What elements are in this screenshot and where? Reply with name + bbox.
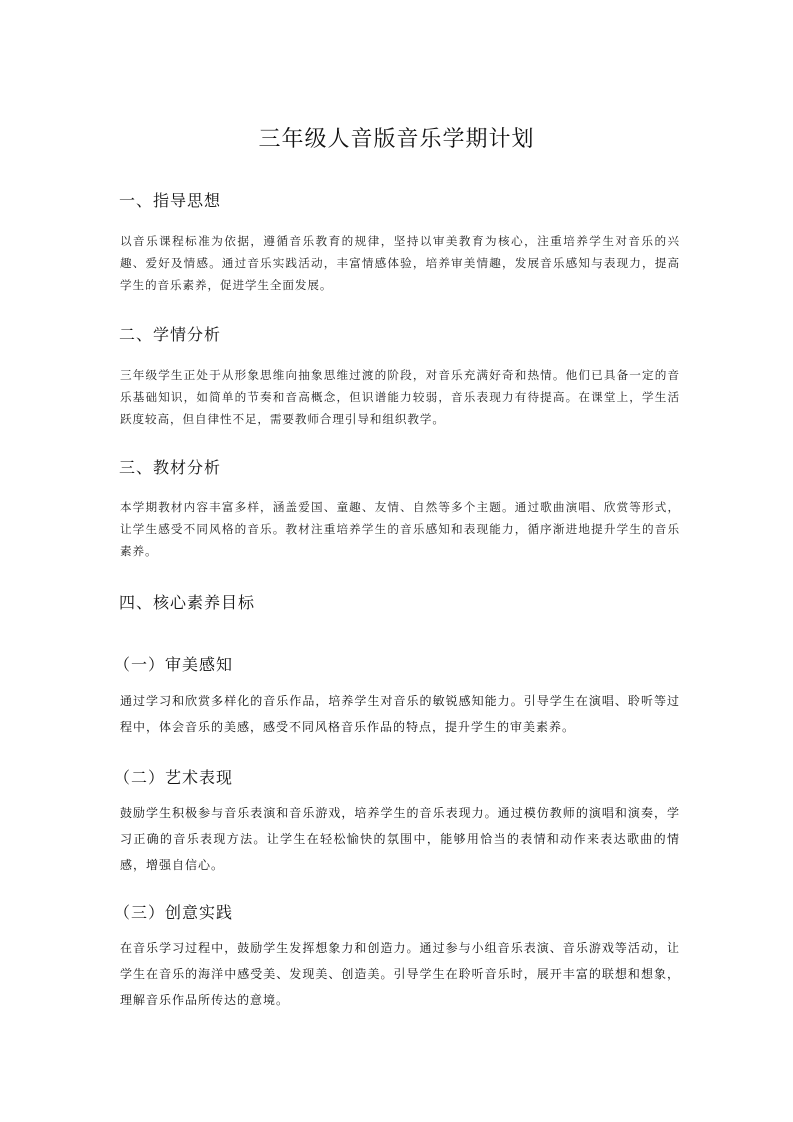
subsection-paragraph-aesthetic-perception: 通过学习和欣赏多样化的音乐作品，培养学生对音乐的敏锐感知能力。引导学生在演唱、聆… bbox=[120, 688, 680, 740]
document-page: 三年级人音版音乐学期计划 一、指导思想 以音乐课程标准为依据，遵循音乐教育的规律… bbox=[0, 0, 793, 1122]
section-heading-textbook-analysis: 三、教材分析 bbox=[119, 455, 221, 478]
section-heading-core-literacy-goals: 四、核心素养目标 bbox=[119, 590, 255, 613]
document-title: 三年级人音版音乐学期计划 bbox=[0, 122, 793, 153]
section-heading-student-analysis: 二、学情分析 bbox=[119, 322, 221, 345]
section-paragraph-guiding-ideology: 以音乐课程标准为依据，遵循音乐教育的规律，坚持以审美教育为核心，注重培养学生对音… bbox=[120, 230, 680, 296]
subsection-heading-artistic-expression: （二）艺术表现 bbox=[114, 765, 233, 788]
subsection-heading-aesthetic-perception: （一）审美感知 bbox=[114, 652, 233, 675]
subsection-paragraph-creative-practice: 在音乐学习过程中，鼓励学生发挥想象力和创造力。通过参与小组音乐表演、音乐游戏等活… bbox=[120, 935, 680, 1013]
section-paragraph-textbook-analysis: 本学期教材内容丰富多样，涵盖爱国、童趣、友情、自然等多个主题。通过歌曲演唱、欣赏… bbox=[120, 496, 680, 562]
subsection-paragraph-artistic-expression: 鼓励学生积极参与音乐表演和音乐游戏，培养学生的音乐表现力。通过模仿教师的演唱和演… bbox=[120, 800, 680, 878]
section-paragraph-student-analysis: 三年级学生正处于从形象思维向抽象思维过渡的阶段，对音乐充满好奇和热情。他们已具备… bbox=[120, 364, 680, 430]
section-heading-guiding-ideology: 一、指导思想 bbox=[119, 188, 221, 211]
subsection-heading-creative-practice: （三）创意实践 bbox=[114, 900, 233, 923]
